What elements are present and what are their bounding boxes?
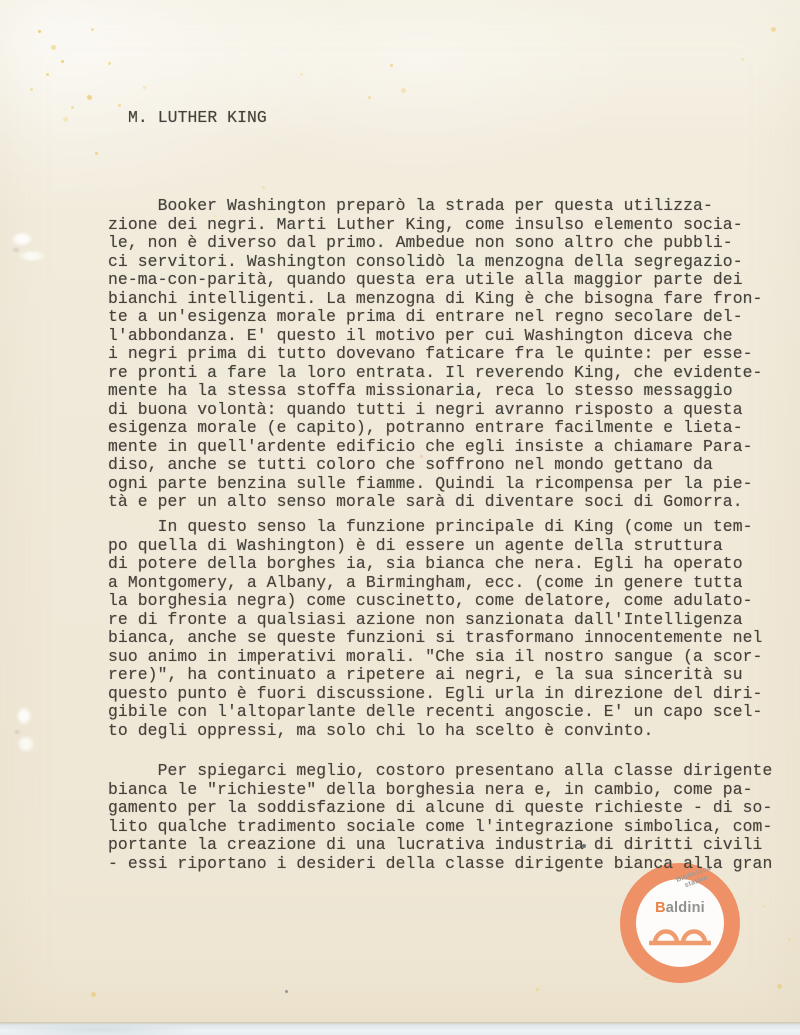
open-book-icon [647,918,713,948]
paper-speckles [0,0,3,3]
paper-crease-mark-bottom [8,698,46,768]
scanner-bed-strip [0,1022,800,1035]
stamp-wordmark: Baldini [620,901,740,916]
document-title: M. LUTHER KING [128,109,267,128]
paragraph-2: In questo senso la funzione principale d… [108,518,762,740]
stamp-wordmark-initial: B [655,900,666,916]
scanned-page: Biblioteca statale Baldini M. LUTHER KIN… [0,0,800,1035]
library-stamp: Biblioteca statale Baldini [620,863,740,983]
paragraph-3: Per spiegarci meglio, costoro presentano… [108,762,772,873]
stamp-wordmark-rest: aldini [666,900,705,916]
ink-speck [285,990,288,993]
paper-crease-mark-top [6,224,52,272]
paragraph-1: Booker Washington preparò la strada per … [108,197,762,512]
